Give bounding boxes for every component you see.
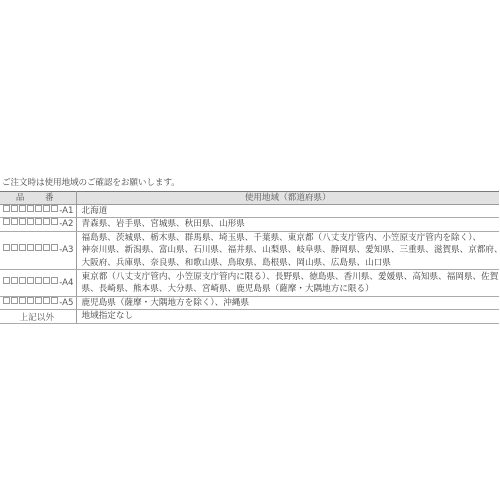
table-row: -A2 青森県、岩手県、宮城県、秋田県、山形県 <box>0 218 499 231</box>
region-cell: 地域指定なし <box>76 310 499 323</box>
region-cell: 鹿児島県（薩摩・大隅地方を除く）、沖縄県 <box>76 297 499 310</box>
product-code-cell: 上記以外 <box>0 310 76 323</box>
product-code-cell: -A1 <box>0 205 76 218</box>
code-placeholder-boxes <box>3 205 59 215</box>
code-placeholder-boxes <box>3 277 59 287</box>
table-row: -A1 北海道 <box>0 205 499 218</box>
product-code-cell: -A3 <box>0 231 76 269</box>
code-placeholder-boxes <box>3 297 59 307</box>
table-header-row: 品 番 使用地域（都道府県） <box>0 192 499 205</box>
code-suffix: -A4 <box>59 278 73 288</box>
region-cell: 北海道 <box>76 205 499 218</box>
region-cell: 東京都（八丈支庁管内、小笠原支庁管内に限る）、長野県、徳島県、香川県、愛媛県、高… <box>76 270 499 297</box>
region-line: 福島県、茨城県、栃木県、群馬県、埼玉県、千葉県、東京都（八丈支庁管内、小笠原支庁… <box>82 232 500 244</box>
region-cell: 青森県、岩手県、宮城県、秋田県、山形県 <box>76 218 499 231</box>
code-suffix: -A2 <box>59 219 73 229</box>
order-note-caption: ご注文時は使用地域のご確認をお願いします。 <box>2 177 180 189</box>
table-row: -A4 東京都（八丈支庁管内、小笠原支庁管内に限る）、長野県、徳島県、香川県、愛… <box>0 270 499 297</box>
header-product-code: 品 番 <box>0 192 76 205</box>
region-line: 東京都（八丈支庁管内、小笠原支庁管内に限る）、長野県、徳島県、香川県、愛媛県、高… <box>82 271 500 283</box>
table-row: 上記以外 地域指定なし <box>0 310 499 323</box>
table-row: -A3 福島県、茨城県、栃木県、群馬県、埼玉県、千葉県、東京都（八丈支庁管内、小… <box>0 231 499 269</box>
code-placeholder-boxes <box>3 218 59 228</box>
product-code-cell: -A2 <box>0 218 76 231</box>
region-line: 県、長崎県、熊本県、大分県、宮崎県、鹿児島県（薩摩・大隅地方に限る） <box>82 283 500 295</box>
region-cell: 福島県、茨城県、栃木県、群馬県、埼玉県、千葉県、東京都（八丈支庁管内、小笠原支庁… <box>76 231 499 269</box>
product-code-cell: -A4 <box>0 270 76 297</box>
region-line: 大阪府、兵庫県、奈良県、和歌山県、鳥取県、島根県、岡山県、広島県、山口県 <box>82 257 500 269</box>
table-row: -A5 鹿児島県（薩摩・大隅地方を除く）、沖縄県 <box>0 297 499 310</box>
region-line: 地域指定なし <box>82 310 500 322</box>
region-table: 品 番 使用地域（都道府県） -A1 北海道 -A2 青森県、岩手県、宮城県、秋… <box>0 191 499 324</box>
region-line: 鹿児島県（薩摩・大隅地方を除く）、沖縄県 <box>82 297 500 309</box>
header-usage-region: 使用地域（都道府県） <box>76 192 499 205</box>
product-code-cell: -A5 <box>0 297 76 310</box>
code-placeholder-boxes <box>3 244 59 254</box>
code-suffix: -A1 <box>59 206 73 216</box>
code-suffix: -A5 <box>59 298 73 308</box>
region-line: 北海道 <box>82 205 500 217</box>
region-line: 青森県、岩手県、宮城県、秋田県、山形県 <box>82 218 500 230</box>
code-suffix: -A3 <box>59 245 73 255</box>
region-line: 神奈川県、新潟県、富山県、石川県、福井県、山梨県、岐阜県、静岡県、愛知県、三重県… <box>82 244 500 256</box>
